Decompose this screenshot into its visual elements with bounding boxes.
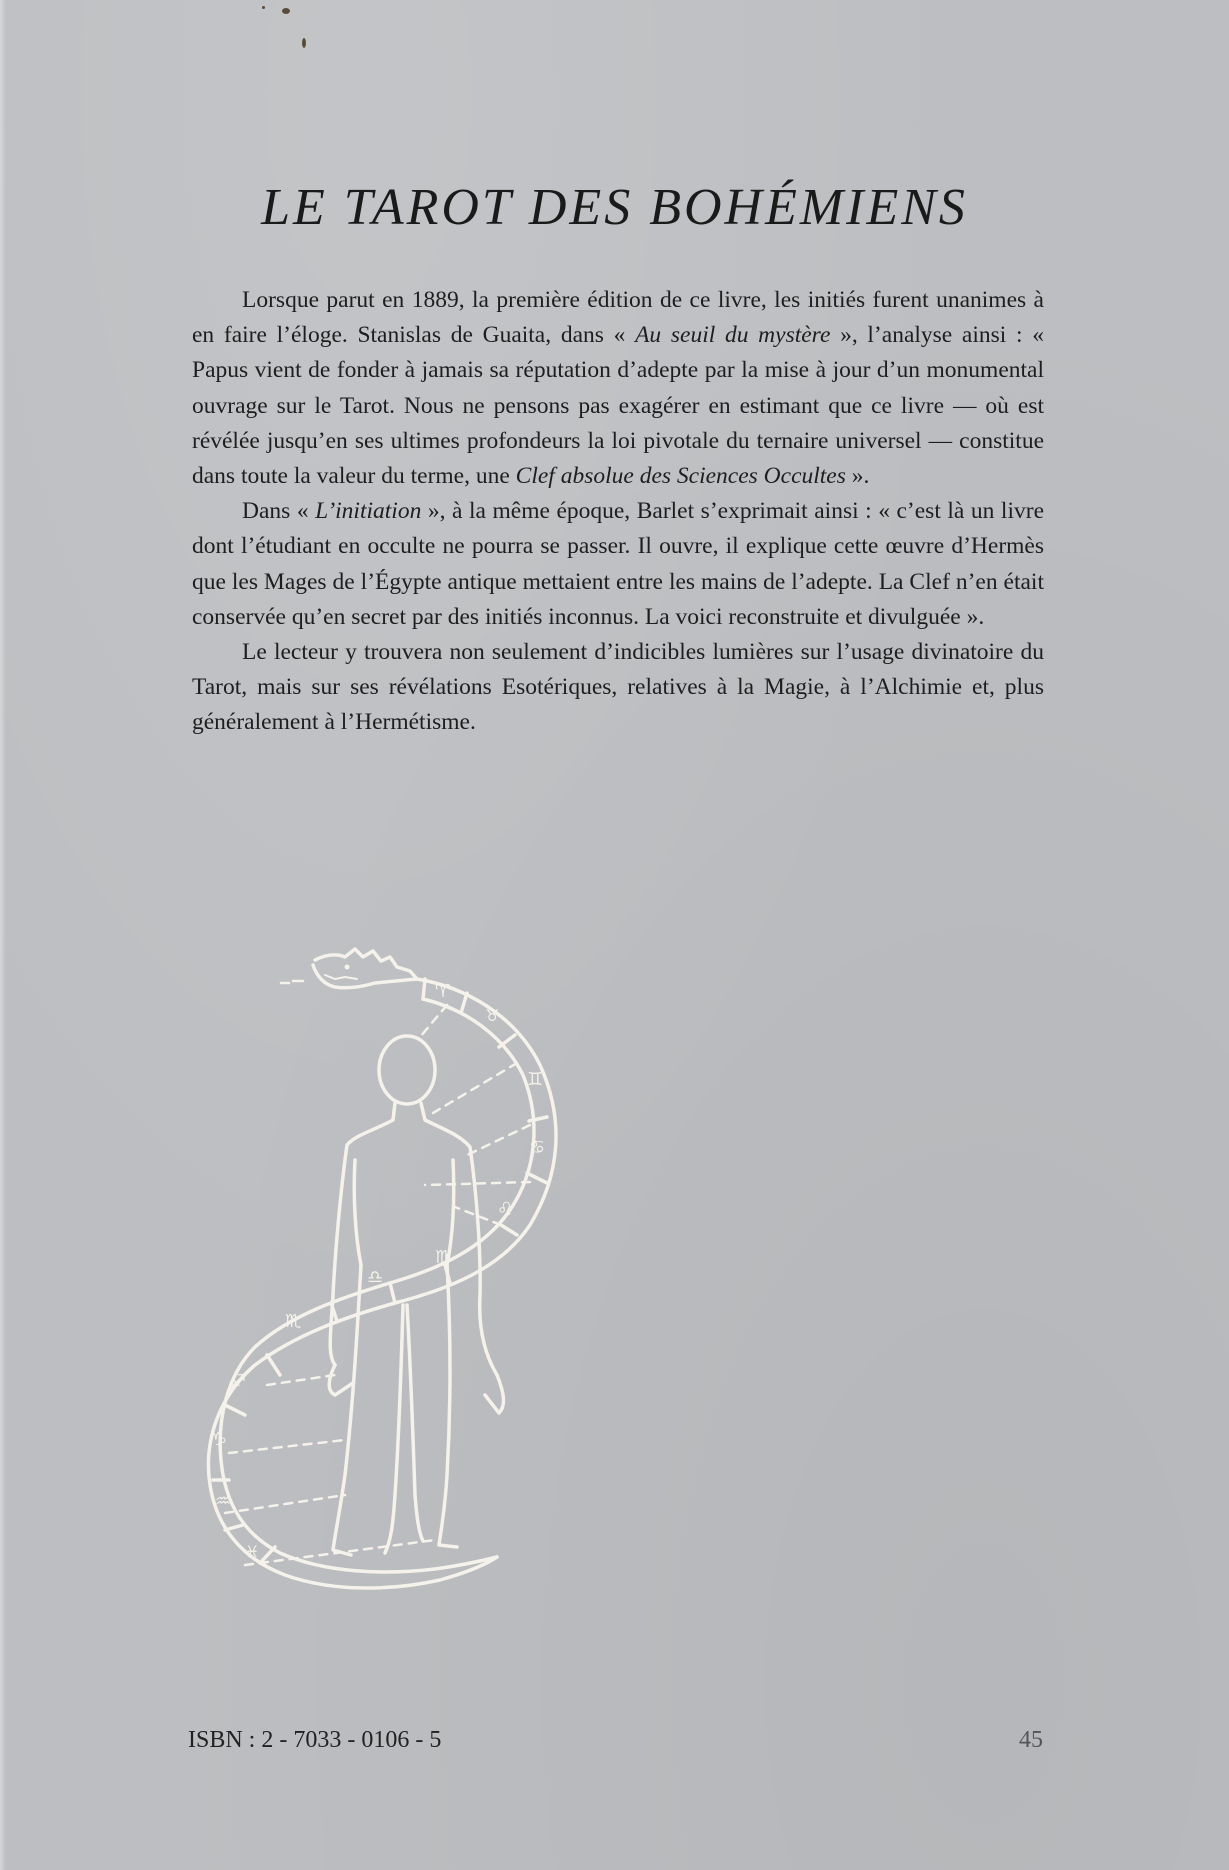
svg-text:♉: ♉ <box>485 1006 499 1025</box>
svg-text:♋: ♋ <box>529 1137 545 1158</box>
paper-speck <box>302 38 306 48</box>
italic-phrase: Clef absolue des Sciences Occultes <box>516 463 846 489</box>
blurb-paragraph-3: Le lecteur y trouvera non seulement d’in… <box>192 635 1044 741</box>
svg-text:♑: ♑ <box>211 1429 227 1450</box>
svg-text:♈: ♈ <box>435 981 451 1002</box>
svg-text:♊: ♊ <box>527 1069 543 1090</box>
blurb-paragraph-2: Dans « L’initiation », à la même époque,… <box>192 494 1044 635</box>
svg-text:♓: ♓ <box>245 1542 259 1561</box>
price-code: 45 <box>1019 1727 1043 1754</box>
zodiac-serpent-man-icon: ♈ ♉ ♊ ♋ ♌ ♍ ♎ ♏ ♐ ♑ ♒ ♓ <box>185 935 605 1635</box>
book-title: LE TAROT DES BOHÉMIENS <box>0 178 1229 237</box>
svg-text:♏: ♏ <box>285 1311 301 1332</box>
italic-work-title: Au seuil du mystère <box>635 322 830 348</box>
blurb-paragraph-1: Lorsque parut en 1889, la première éditi… <box>192 283 1044 494</box>
blurb: Lorsque parut en 1889, la première éditi… <box>192 283 1044 741</box>
book-back-cover: LE TAROT DES BOHÉMIENS Lorsque parut en … <box>0 0 1229 1870</box>
svg-text:♎: ♎ <box>367 1267 383 1288</box>
text-segment: Le lecteur y trouvera non seulement d’in… <box>192 639 1044 735</box>
italic-work-title: L’initiation <box>315 498 421 524</box>
text-segment: Dans « <box>242 498 315 524</box>
cover-footer: ISBN : 2 - 7033 - 0106 - 5 45 <box>188 1727 1043 1754</box>
svg-text:♒: ♒ <box>215 1491 231 1512</box>
svg-text:♌: ♌ <box>497 1199 513 1220</box>
isbn-number: ISBN : 2 - 7033 - 0106 - 5 <box>188 1727 441 1754</box>
page-edge <box>0 0 6 1870</box>
svg-text:♐: ♐ <box>230 1371 246 1392</box>
paper-speck <box>262 6 265 9</box>
text-segment: ». <box>846 463 870 489</box>
paper-speck <box>282 8 290 14</box>
